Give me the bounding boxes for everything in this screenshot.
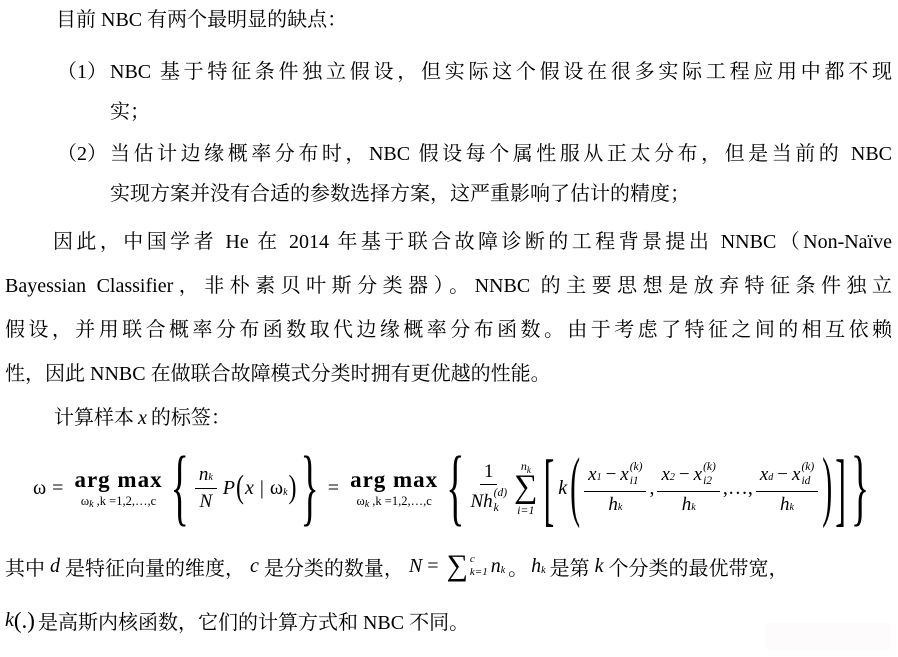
math-omega: ω — [33, 477, 46, 500]
minus-sign-3: − — [777, 465, 788, 485]
math-n-2-sub: k — [501, 565, 505, 576]
sub-k: k — [494, 503, 499, 515]
cl2-text: 是高斯内核函数，它们的计算方式和 NBC 不同。 — [38, 606, 469, 635]
math-d: d — [50, 555, 60, 578]
t1-x-sub: 1 — [597, 473, 602, 484]
t3-xi-sup: (k) — [801, 462, 814, 474]
cl1-s5: 是第 — [550, 552, 590, 581]
cl1-s1: 其中 — [5, 552, 45, 581]
math-c: c — [250, 555, 259, 578]
minus-sign-2: − — [679, 465, 690, 485]
item-2-line-2: 实现方案并没有合适的参数选择方案，这严重影响了估计的精度； — [110, 174, 892, 214]
sigma-icon-2: ∑ — [447, 552, 468, 581]
nnbc-line-3: 假设，并用联合概率分布函数取代边缘概率分布函数。由于考虑了特征之间的相互依赖 — [5, 308, 892, 352]
kernel-term-3: xd−x(k)id hk — [756, 462, 818, 515]
t2-x-sub: 2 — [670, 473, 675, 484]
t3-xi-sub: id — [801, 476, 810, 488]
intro-paragraph: 目前 NBC 有两个最明显的缺点： — [5, 6, 892, 34]
kernel-term-2: x2−x(k)i2 hk — [657, 462, 719, 515]
t3-xi: x — [792, 465, 800, 485]
argmax-operator-2: arg max ωk ,k =1,2,…,c — [350, 468, 438, 508]
right-bracket: ] — [835, 447, 846, 529]
calc-post: 的标签： — [151, 407, 231, 429]
t1-h-sub: k — [618, 503, 622, 514]
math-x: x — [245, 477, 254, 500]
argmax-label-2: arg max — [350, 468, 438, 491]
kernel-dot-parens: (.) — [14, 609, 35, 632]
t2-x: x — [661, 465, 669, 485]
left-paren: ( — [236, 472, 244, 504]
sup-d: (d) — [494, 488, 507, 500]
prior-fraction: nk N — [195, 465, 217, 512]
normalization-fraction: 1 Nh(d)k — [470, 462, 507, 515]
right-paren: ) — [289, 472, 297, 504]
sum-lower: i=1 — [517, 504, 534, 516]
inline-sum-upper: c — [470, 553, 475, 566]
t2-xi-sub: i2 — [703, 476, 712, 488]
t2-xi: x — [694, 465, 702, 485]
numbered-item-2: （2） 当估计边缘概率分布时，NBC 假设每个属性服从正太分布，但是当前的 NB… — [5, 134, 892, 214]
cl1-s2: 是特征向量的维度， — [65, 552, 245, 581]
math-one: 1 — [484, 462, 494, 482]
watermark-remnant — [765, 623, 891, 650]
t2-xi-subsup: (k)i2 — [703, 462, 716, 488]
cl1-s3: 是分类的数量， — [264, 552, 404, 581]
limit-omega-2: ω — [356, 494, 364, 508]
inline-sum-lower: k=1 — [470, 566, 488, 579]
math-k-2: k — [5, 609, 14, 632]
equals-sign-2: = — [328, 477, 339, 500]
t1-h: h — [608, 495, 618, 515]
item-1-line-1: NBC 基于特征条件独立假设，但实际这个假设在很多实际工程应用中都不现 — [110, 52, 892, 92]
sum-upper-sub: k — [527, 465, 531, 475]
t3-xi-subsup: (k)id — [801, 462, 814, 488]
document-page: 目前 NBC 有两个最明显的缺点： （1） NBC 基于特征条件独立假设，但实际… — [0, 0, 898, 636]
left-brace: { — [171, 445, 189, 531]
kernel-left-paren: ( — [570, 449, 580, 527]
math-k: k — [595, 555, 604, 578]
cl1-s6: 个分类的最优带宽， — [609, 552, 789, 581]
left-brace-2: { — [446, 445, 464, 531]
term-separator-1: , — [649, 477, 654, 500]
t3-x-sub: d — [768, 473, 773, 484]
kernel-term-1: x1−x(k)i1 hk — [584, 462, 646, 515]
intro-text: 目前 NBC 有两个最明显的缺点： — [56, 9, 347, 31]
item-1-text: NBC 基于特征条件独立假设，但实际这个假设在很多实际工程应用中都不现 实； — [110, 52, 892, 132]
t3-x: x — [760, 465, 768, 485]
math-omega-k-sub: k — [283, 487, 287, 498]
math-h: h — [531, 555, 541, 578]
calc-pre: 计算样本 — [54, 407, 134, 429]
item-2-text: 当估计边缘概率分布时，NBC 假设每个属性服从正太分布，但是当前的 NBC 实现… — [110, 134, 892, 214]
argmax-limits-2: ωk ,k =1,2,…,c — [356, 495, 431, 508]
limit-omega-sub: k — [89, 499, 93, 510]
math-x: x — [138, 407, 147, 429]
calc-label-line: 计算样本x的标签： — [5, 396, 892, 440]
item-2-label: （2） — [57, 134, 110, 214]
item-1-label: （1） — [57, 52, 110, 132]
kernel-function-k: k — [558, 477, 567, 500]
t2-xi-sup: (k) — [703, 462, 716, 474]
math-N-2: N — [409, 555, 422, 578]
t3-h: h — [780, 495, 790, 515]
math-n-sub: k — [208, 473, 212, 484]
classification-formula: ω = arg max ωk ,k =1,2,…,c { nk N P ( x … — [33, 440, 892, 536]
nnbc-line-2: Bayessian Classifier，非朴素贝叶斯分类器）。NNBC 的主要… — [5, 264, 892, 308]
conditional-bar: | — [260, 477, 264, 500]
closing-paragraph-line-1: 其中 d 是特征向量的维度， c 是分类的数量， N = ∑ ck=1 nk 。… — [5, 540, 892, 592]
math-n-2: n — [491, 555, 501, 578]
right-brace: } — [301, 445, 319, 531]
math-Nh: Nh — [470, 492, 492, 512]
inline-summation: ∑ ck=1 — [447, 552, 488, 581]
nnbc-paragraph: 因此，中国学者 He 在 2014 年基于联合故障诊断的工程背景提出 NNBC（… — [5, 220, 892, 396]
equals-sign: = — [52, 477, 63, 500]
argmax-limits: ωk ,k =1,2,…,c — [81, 495, 156, 508]
t3-h-sub: k — [790, 503, 794, 514]
limit-range: ,k =1,2,…,c — [94, 494, 157, 508]
kernel-right-paren: ) — [822, 449, 832, 527]
equals-sign-3: = — [427, 555, 438, 578]
nnbc-line-4: 性，因此 NNBC 在做联合故障模式分类时拥有更优越的性能。 — [5, 352, 892, 396]
cl1-s4: 。 — [508, 552, 528, 581]
bandwidth-subsup: (d)k — [494, 488, 507, 514]
t1-xi-sup: (k) — [630, 462, 643, 474]
minus-sign: − — [606, 465, 617, 485]
t1-x: x — [588, 465, 596, 485]
t1-xi-sub: i1 — [630, 476, 639, 488]
item-2-line-1: 当估计边缘概率分布时，NBC 假设每个属性服从正太分布，但是当前的 NBC — [110, 134, 892, 174]
math-h-sub: k — [541, 565, 545, 576]
limit-range-2: ,k =1,2,…,c — [369, 494, 432, 508]
closing-paragraph-line-2: k (.) 是高斯内核函数，它们的计算方式和 NBC 不同。 — [5, 604, 892, 636]
numbered-item-1: （1） NBC 基于特征条件独立假设，但实际这个假设在很多实际工程应用中都不现 … — [5, 52, 892, 132]
inline-sum-limits: ck=1 — [470, 553, 488, 578]
t2-h: h — [682, 495, 692, 515]
summation: nk ∑ i=1 — [514, 460, 538, 515]
limit-omega: ω — [81, 494, 89, 508]
right-brace-2: } — [851, 445, 869, 531]
math-omega-k: ω — [270, 477, 283, 500]
left-bracket: [ — [544, 447, 555, 529]
argmax-label: arg max — [74, 468, 162, 491]
limit-omega-sub-2: k — [365, 499, 369, 510]
t2-h-sub: k — [691, 503, 695, 514]
argmax-operator: arg max ωk ,k =1,2,…,c — [74, 468, 162, 508]
math-N: N — [199, 492, 212, 512]
math-P: P — [223, 477, 235, 500]
t1-xi-subsup: (k)i1 — [630, 462, 643, 488]
term-separator-2: ,…, — [723, 477, 753, 500]
t1-xi: x — [620, 465, 628, 485]
item-1-line-2: 实； — [110, 92, 892, 132]
sigma-icon: ∑ — [514, 472, 538, 503]
math-n: n — [199, 465, 209, 485]
nnbc-line-1: 因此，中国学者 He 在 2014 年基于联合故障诊断的工程背景提出 NNBC（… — [5, 220, 892, 264]
